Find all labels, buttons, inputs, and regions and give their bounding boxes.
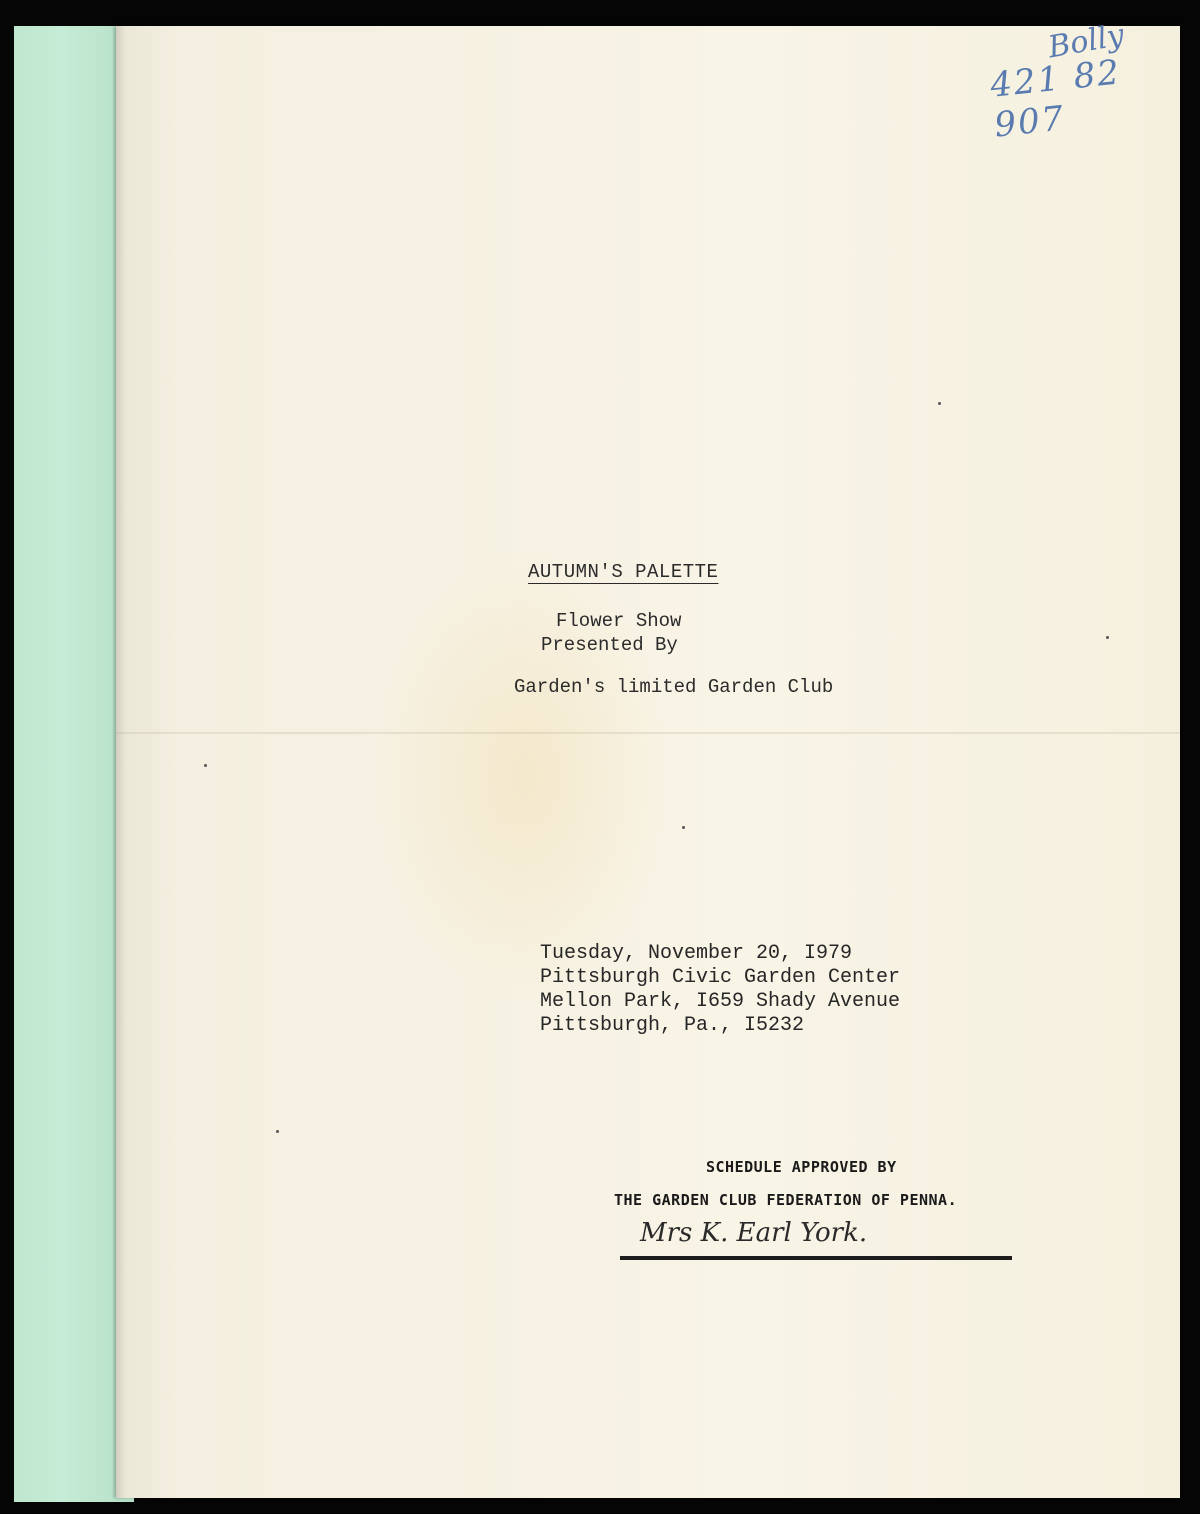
fold-crease bbox=[116, 732, 1180, 734]
speck bbox=[938, 402, 941, 405]
speck bbox=[682, 826, 685, 829]
event-address: Mellon Park, I659 Shady Avenue bbox=[540, 990, 900, 1013]
speck bbox=[1106, 636, 1109, 639]
event-city: Pittsburgh, Pa., I5232 bbox=[540, 1014, 804, 1037]
approval-stamp-line1: SCHEDULE APPROVED BY bbox=[706, 1158, 897, 1176]
signature-line: Mrs K. Earl York. bbox=[620, 1222, 1012, 1260]
club-name: Garden's limited Garden Club bbox=[514, 676, 833, 698]
event-date: Tuesday, November 20, I979 bbox=[540, 942, 852, 965]
speck bbox=[204, 764, 207, 767]
subtitle-presented-by: Presented By bbox=[541, 634, 678, 656]
document-title: AUTUMN'S PALETTE bbox=[528, 561, 718, 583]
subtitle-flower-show: Flower Show bbox=[556, 610, 681, 632]
document-page: Bolly 421 82 907 AUTUMN'S PALETTE Flower… bbox=[116, 26, 1180, 1498]
event-venue: Pittsburgh Civic Garden Center bbox=[540, 966, 900, 989]
signature: Mrs K. Earl York. bbox=[640, 1218, 867, 1248]
approval-stamp-line2: THE GARDEN CLUB FEDERATION OF PENNA. bbox=[614, 1191, 957, 1209]
speck bbox=[276, 1130, 279, 1133]
handwritten-number: 421 82 907 bbox=[988, 46, 1183, 145]
